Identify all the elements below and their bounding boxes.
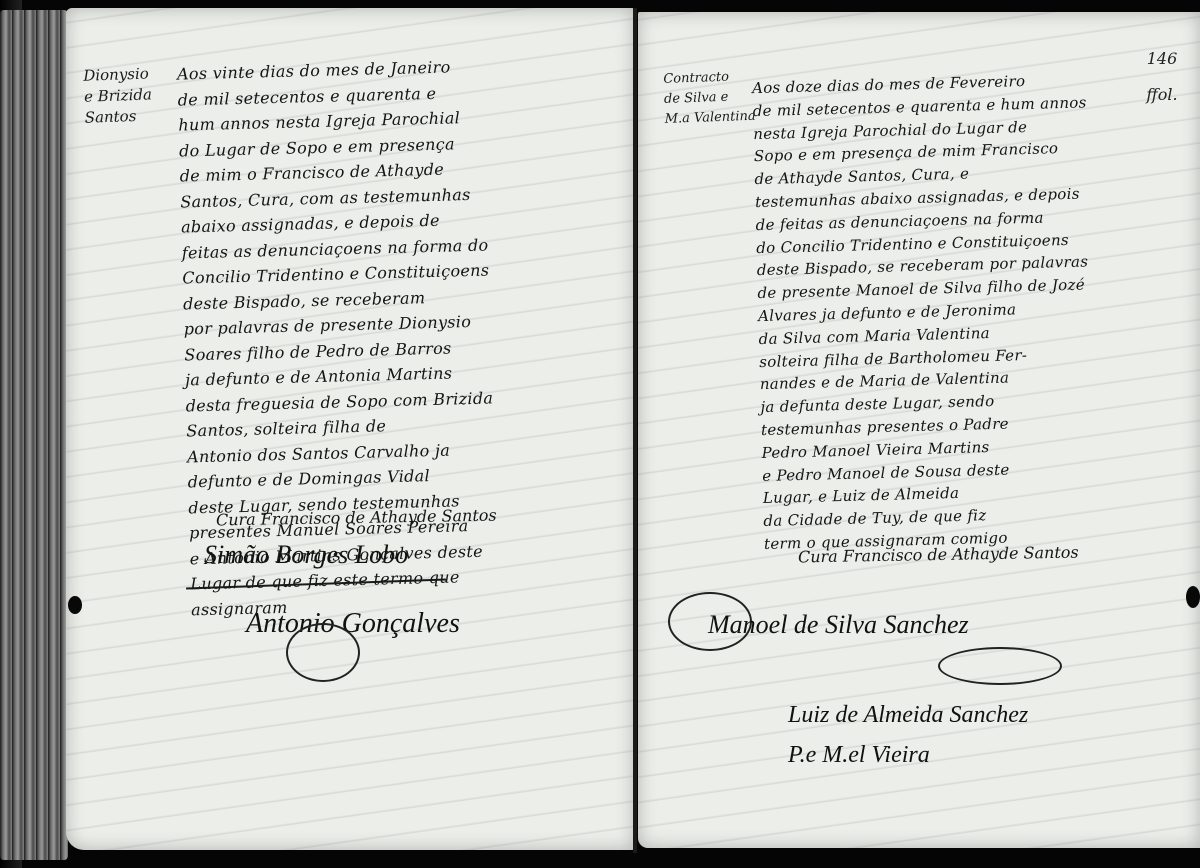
right-page: 146 ffol. Contracto de Silva e M.a Valen… xyxy=(638,12,1200,848)
right-page-body-text: Aos doze dias do mes de Fevereiro de mil… xyxy=(752,67,1154,556)
signature-flourish xyxy=(938,647,1062,685)
left-page-body-text: Aos vinte dias do mes de Janeiro de mil … xyxy=(177,51,612,623)
ink-blot xyxy=(68,596,82,614)
right-page-closing: Cura Francisco de Athayde Santos xyxy=(798,543,1079,567)
folio-sub: ffol. xyxy=(1146,85,1177,104)
signature-flourish xyxy=(286,623,360,682)
signature-padre: P.e M.el Vieira xyxy=(788,742,930,769)
signature-manoel: Manoel de Silva Sanchez xyxy=(708,610,969,640)
left-margin-note: Dionysio e Brizida Santos xyxy=(83,62,185,128)
ink-blot xyxy=(1186,586,1200,608)
book-gutter xyxy=(633,8,637,853)
signature-luiz: Luiz de Almeida Sanchez xyxy=(788,702,1028,729)
signature-simao: Simão Borges Lobo xyxy=(204,540,408,570)
book-spine-page-edges xyxy=(0,10,68,860)
left-page: Dionysio e Brizida Santos Aos vinte dias… xyxy=(66,8,634,850)
folio-number-value: 146 xyxy=(1147,49,1178,68)
